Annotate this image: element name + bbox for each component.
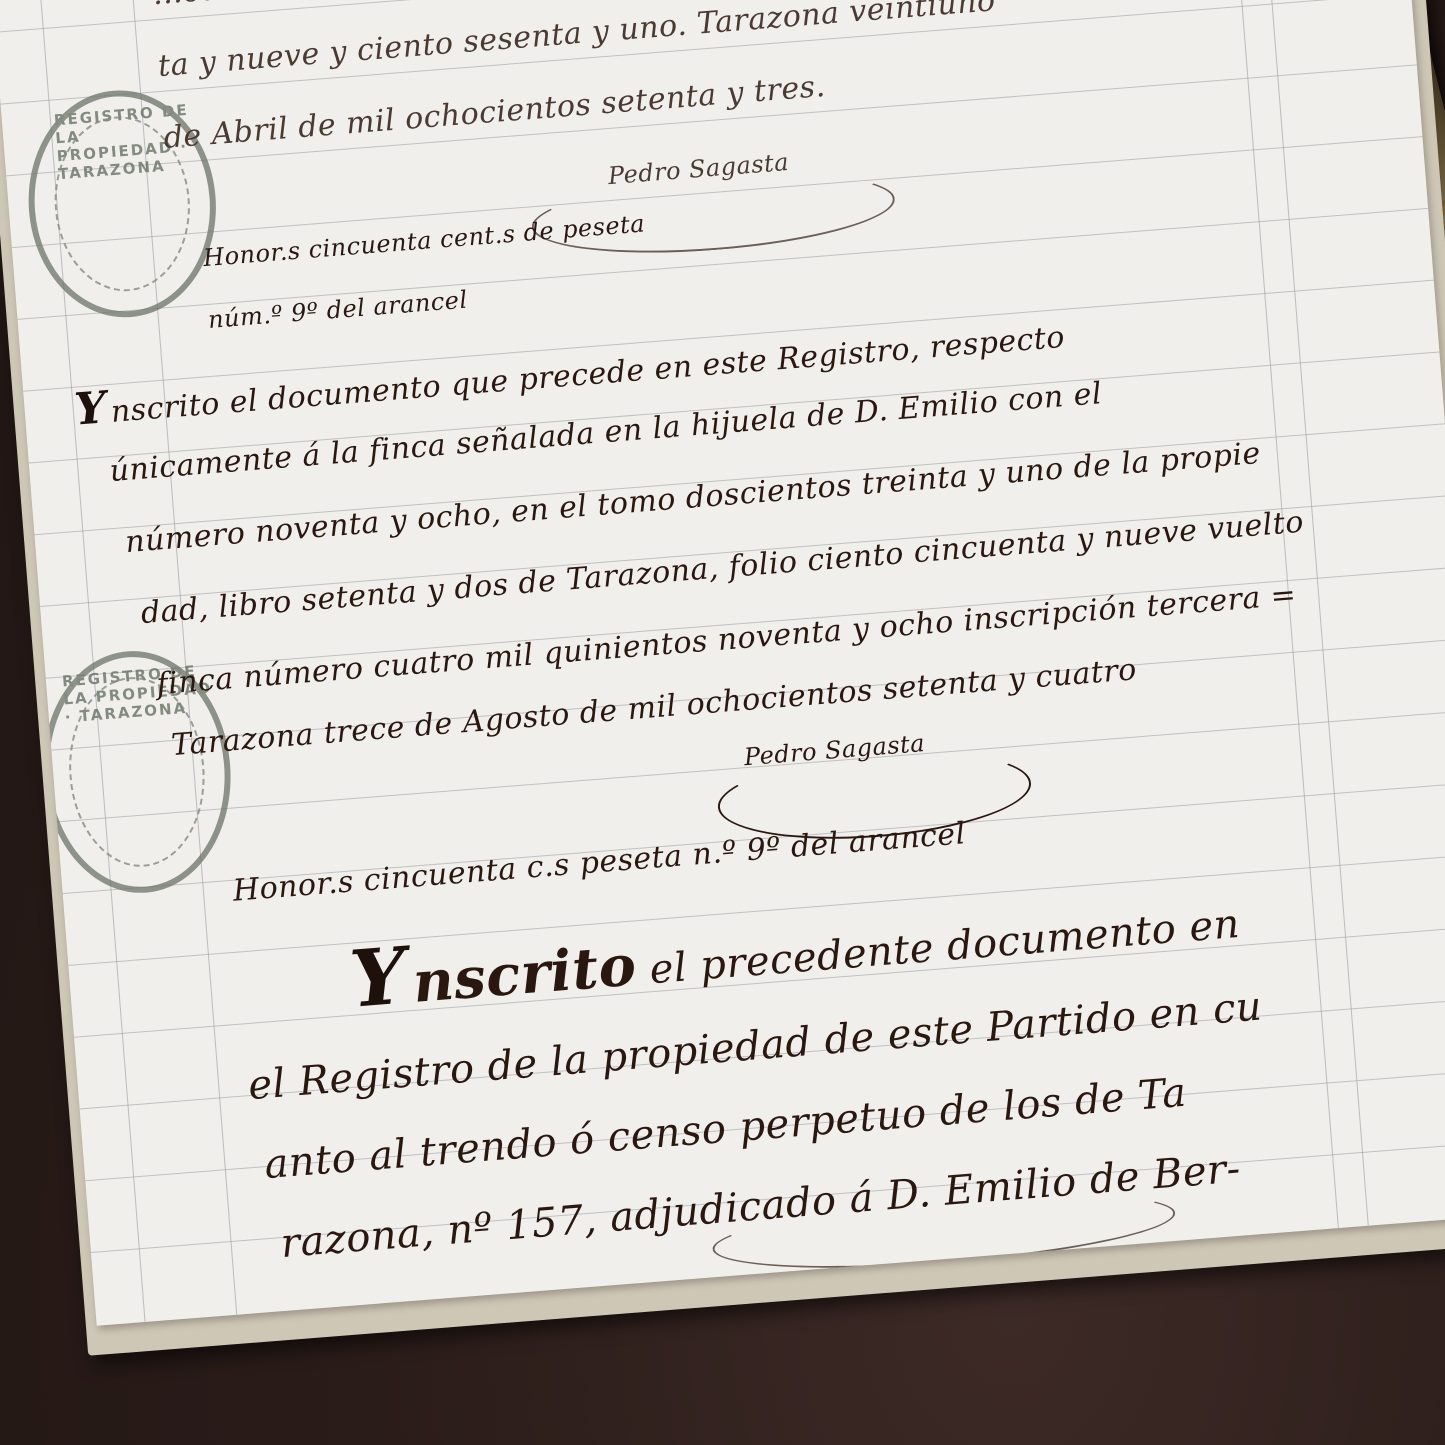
initial-letter: Y xyxy=(347,931,410,1026)
fee-note: Honor.s cincuenta cent.s de peseta xyxy=(202,209,646,272)
initial-letter: Y xyxy=(73,382,109,435)
text-line: de Abril de mil ochocientos setenta y tr… xyxy=(162,69,826,156)
text-line: ta y nueve y ciento sesenta y uno. Taraz… xyxy=(157,0,997,84)
signature-flourish xyxy=(529,162,898,264)
ledger-page: REGISTRO DE LA PROPIEDAD · TARAZONA REGI… xyxy=(0,0,1445,1326)
